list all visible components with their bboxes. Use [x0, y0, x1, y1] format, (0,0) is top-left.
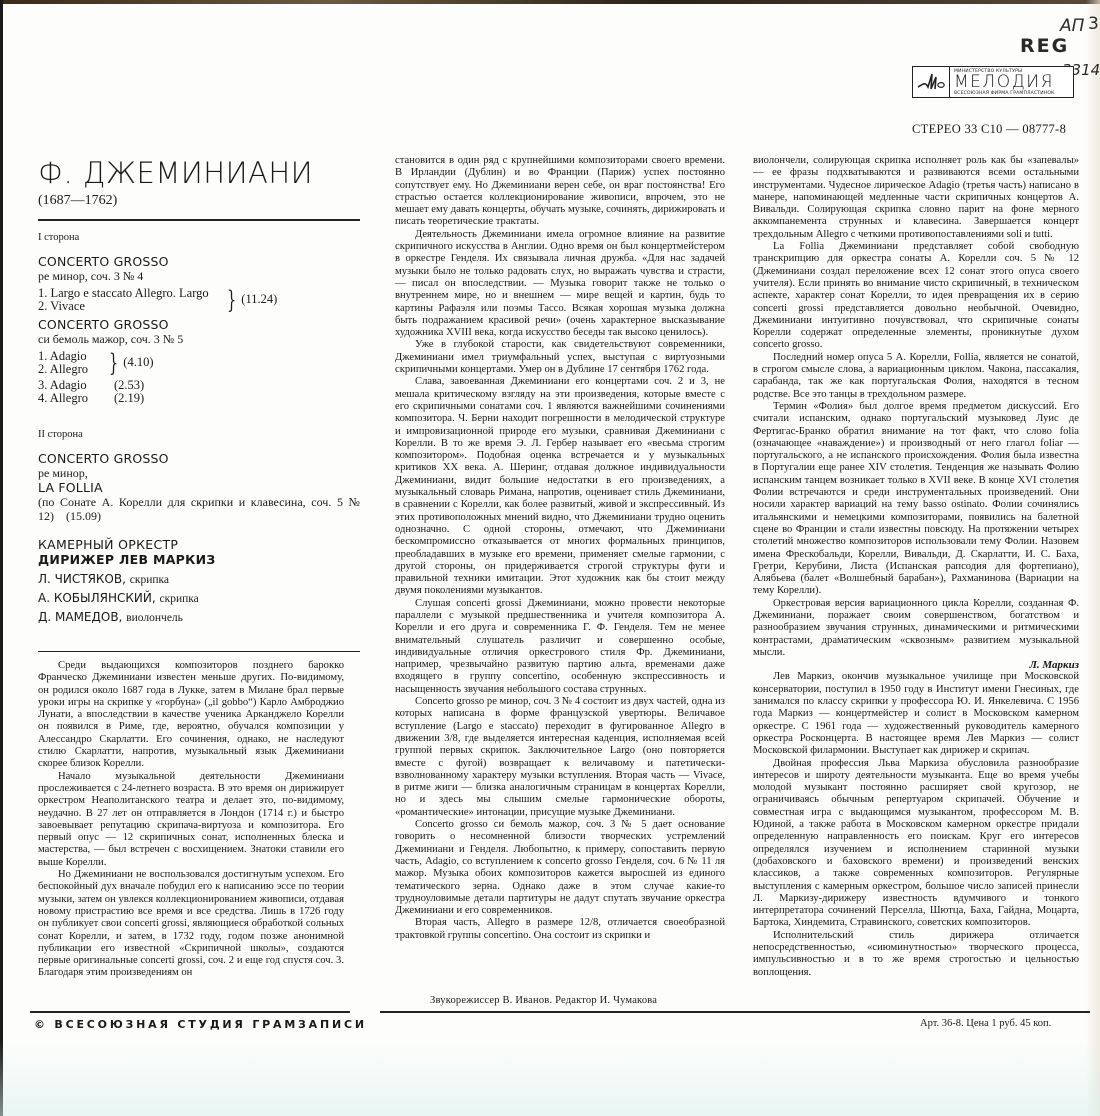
melodiya-logo: МИНИСТЕРСТВО КУЛЬТУРЫ МЕЛОДИЯ ВСЕСОЮЗНАЯ…: [912, 66, 1074, 98]
work-title: CONCERTO GROSSO: [38, 451, 348, 466]
movement-group: 1. Adagio 2. Allegro } (4.10) 3. Adagio …: [38, 350, 348, 406]
movement-item: 3. Adagio: [38, 379, 114, 393]
side-1-work-2: CONCERTO GROSSO си бемоль мажор, соч. 3 …: [38, 317, 348, 406]
studio-copyright: © ВСЕСОЮЗНАЯ СТУДИЯ ГРАМЗАПИСИ: [34, 1018, 367, 1031]
notes-paragraph: Но Джеминиани не воспользовался достигну…: [38, 869, 344, 980]
production-credits: Звукорежиссер В. Иванов. Редактор И. Чум…: [430, 995, 657, 1006]
logo-main-text: МЕЛОДИЯ: [954, 74, 1073, 91]
notes-paragraph: La Follia Джеминиани представляет собой …: [753, 241, 1079, 352]
duration: (11.24): [241, 293, 277, 307]
title-divider: [38, 219, 360, 221]
liner-notes-middle: становится в один ряд с крупнейшими комп…: [395, 155, 725, 942]
work-title: CONCERTO GROSSO: [38, 317, 348, 332]
performers: КАМЕРНЫЙ ОРКЕСТР ДИРИЖЕР ЛЕВ МАРКИЗ Л. Ч…: [38, 537, 348, 627]
melodiya-wordmark: МИНИСТЕРСТВО КУЛЬТУРЫ МЕЛОДИЯ ВСЕСОЮЗНАЯ…: [950, 67, 1073, 97]
work-title: CONCERTO GROSSO: [38, 254, 348, 269]
notes-paragraph: Среди выдающихся композиторов позднего б…: [38, 660, 344, 771]
notes-paragraph: Начало музыкальной деятельности Джеминиа…: [38, 771, 344, 869]
notes-paragraph: Вторая часть, Allegro в размере 12/8, от…: [395, 917, 725, 942]
movement-item: 2. Vivace: [38, 300, 216, 314]
bio-paragraph: Двойная профессия Льва Маркиза обусловил…: [753, 758, 1079, 930]
liner-notes-right: виолончели, солирующая скрипка исполняет…: [753, 155, 1079, 979]
footer-divider-left: [30, 1011, 350, 1013]
catalog-number: СТЕРЕО 33 С10 — 08777-8: [912, 122, 1096, 137]
work-note: (по Сонате А. Корелли для скрипки и клав…: [38, 495, 360, 523]
soloist: Д. МАМЕДОВ, виолончель: [38, 609, 348, 627]
conductor-name: ДИРИЖЕР ЛЕВ МАРКИЗ: [38, 552, 348, 567]
notes-paragraph: виолончели, солирующая скрипка исполняет…: [753, 155, 1079, 241]
notes-paragraph: Уже в глубокой старости, как свидетельст…: [395, 339, 725, 376]
movement-item: 2. Allegro: [38, 363, 98, 377]
side-2-work: CONCERTO GROSSO ре минор, LA FOLLIA (по …: [38, 451, 348, 523]
composer-name: Ф. ДЖЕМИНИАНИ: [38, 155, 348, 191]
price-label: Арт. 36-8. Цена 1 руб. 45 коп.: [920, 1018, 1051, 1029]
notes-paragraph: Слушая concerti grossi Джеминиани, можно…: [395, 598, 725, 696]
footer-divider-right: [380, 1011, 1090, 1013]
bio-paragraph: Исполнительский стиль дирижера отличаетс…: [753, 930, 1079, 979]
handwritten-ap: АП: [1060, 16, 1084, 36]
soloist: А. КОБЫЛЯНСКИЙ, скрипка: [38, 590, 348, 608]
handwritten-three: 3: [1088, 14, 1099, 34]
duration: (2.19): [114, 392, 144, 406]
duration: (4.10): [123, 356, 153, 370]
melodiya-mark-icon: [913, 67, 950, 97]
notes-paragraph: Последний номер опуса 5 А. Корелли, Foll…: [753, 352, 1079, 401]
notes-paragraph: Термин «Фолия» был долгое время предмето…: [753, 401, 1079, 598]
work-title-la-follia: LA FOLLIA: [38, 480, 348, 495]
sleeve-left-edge: [0, 0, 3, 1116]
side-1-label: I сторона: [38, 232, 348, 243]
side-1-work-1: CONCERTO GROSSO ре минор, соч. 3 № 4 1. …: [38, 254, 348, 314]
work-subtitle: ре минор,: [38, 466, 348, 480]
side-2-label: II сторона: [38, 429, 348, 440]
tracklist-column: Ф. ДЖЕМИНИАНИ (1687—1762) I сторона CONC…: [38, 155, 348, 663]
sleeve-right-wear: [1086, 0, 1100, 1116]
notes-paragraph: Concerto grosso ре минор, соч. 3 № 4 сос…: [395, 696, 725, 819]
notes-paragraph: Оркестровая версия вариационного цикла К…: [753, 598, 1079, 659]
performers-divider: [38, 651, 360, 653]
bio-paragraph: Лев Маркиз, окончив музыкальное училище …: [753, 671, 1079, 757]
notes-paragraph: Слава, завоеванная Джеминиани его концер…: [395, 376, 725, 597]
movement-item: 1. Largo e staccato Allegro. Largo: [38, 287, 216, 301]
notes-paragraph: Деятельность Джеминиани имела огромное в…: [395, 229, 725, 340]
sleeve-top-edge: [0, 0, 1100, 4]
sleeve-bottom-wear: [0, 1040, 1100, 1116]
notes-paragraph: Concerto grosso си бемоль мажор, соч. 3 …: [395, 819, 725, 917]
movement-item: 4. Allegro: [38, 392, 114, 406]
liner-notes-left: Среди выдающихся композиторов позднего б…: [38, 660, 344, 980]
duration: (15.09): [66, 509, 101, 523]
logo-bottom-line: ВСЕСОЮЗНАЯ ФИРМА ГРАМПЛАСТИНОК: [954, 91, 1073, 96]
movement-group: 1. Largo e staccato Allegro. Largo 2. Vi…: [38, 287, 348, 314]
duration: (2.53): [114, 379, 144, 393]
composer-dates: (1687—1762): [38, 193, 348, 209]
brace-icon: }: [227, 290, 236, 310]
work-subtitle: си бемоль мажор, соч. 3 № 5: [38, 332, 348, 346]
melodiya-emblem-icon: [916, 71, 946, 93]
work-subtitle: ре минор, соч. 3 № 4: [38, 269, 348, 283]
handwritten-reg: REG: [1020, 35, 1069, 57]
brace-icon: }: [109, 353, 118, 373]
author-signature: Л. Маркиз: [753, 659, 1079, 671]
soloist: Л. ЧИСТЯКОВ, скрипка: [38, 571, 348, 589]
ensemble-name: КАМЕРНЫЙ ОРКЕСТР: [38, 537, 348, 552]
movement-item: 1. Adagio: [38, 350, 98, 364]
notes-paragraph: становится в один ряд с крупнейшими комп…: [395, 155, 725, 229]
